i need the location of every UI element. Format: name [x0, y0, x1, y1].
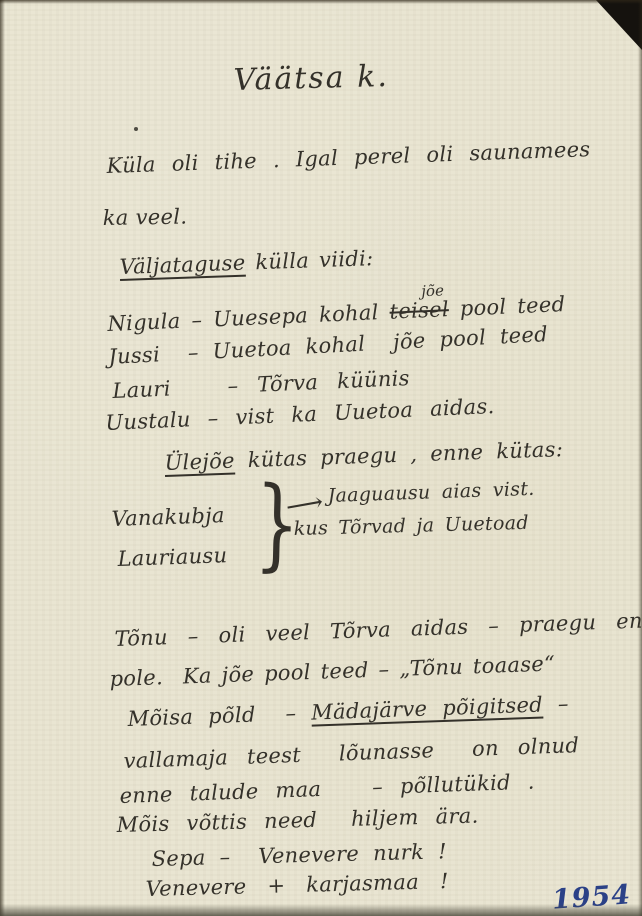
right-edge-shadow: [638, 0, 642, 916]
year-annotation: 1954: [551, 879, 632, 915]
intro-line-1: Küla oli tihe . Igal perel oli saunamees: [106, 138, 591, 178]
moisa-line-3: enne talude maa – põllutükid .: [119, 771, 535, 809]
left-edge-shadow: [0, 0, 5, 916]
group-note-1: Jaaguausu aias vist.: [327, 479, 535, 507]
nigula-name: Nigula: [107, 309, 181, 336]
moisa-line-2: vallamaja teest lõunasse on olnud: [123, 734, 579, 773]
nigula-correction: jõeteisel: [389, 298, 449, 324]
moisa-line-1: Mõisa põld – Mädajärve põigitsed –: [127, 693, 569, 731]
moisa-line-post: –: [542, 692, 569, 717]
list-item-uustalu: Uustalu – vist ka Uuetoa aidas.: [105, 395, 495, 435]
group-name-lauriausu: Lauriausu: [117, 544, 228, 571]
moisa-line-pre: Mõisa põld –: [127, 701, 312, 731]
section-heading-ulejoe: Ülejõe kütas praegu , enne kütas:: [164, 438, 563, 475]
top-edge-shadow: [0, 0, 642, 4]
moisa-line-4: Mõis võttis need hiljem ära.: [116, 805, 478, 838]
ink-dot: [134, 127, 138, 131]
sepa-line-2: Venevere + karjasmaa !: [145, 870, 449, 901]
moisa-underlined: Mädajärve põigitsed: [311, 693, 543, 725]
list-item-lauri: Lauri – Tõrva küünis: [112, 367, 410, 403]
group-note-2: kus Tõrvad ja Uuetoad: [293, 513, 529, 540]
document-page: Väätsa k. Küla oli tihe . Igal perel oli…: [0, 0, 642, 916]
nigula-mid: – Uuesepa kohal: [180, 300, 390, 333]
section-heading-valjataguse: Väljataguse külla viidi:: [119, 247, 374, 279]
heading-underlined-word: Väljataguse: [119, 251, 246, 279]
tonu-line-1: Tõnu – oli veel Tõrva aidas – praegu ena…: [114, 608, 642, 651]
bottom-edge-shadow: [0, 904, 642, 916]
nigula-end: pool teed: [448, 292, 565, 321]
struck-out-word: teisel: [389, 297, 449, 324]
group-name-vanakubja: Vanakubja: [111, 504, 225, 531]
tonu-line-2: pole. Ka jõe pool teed – „Tõnu toaase“: [109, 652, 555, 691]
intro-line-2: ka veel.: [103, 206, 188, 231]
heading-underlined-word: Ülejõe: [164, 449, 235, 475]
sepa-line-1: Sepa – Venevere nurk !: [151, 840, 447, 871]
inserted-word-above: jõe: [421, 282, 444, 299]
heading-rest: külla viidi:: [245, 246, 374, 274]
photo-corner-shadow: [596, 0, 642, 50]
page-title: Väätsa k.: [233, 60, 389, 97]
